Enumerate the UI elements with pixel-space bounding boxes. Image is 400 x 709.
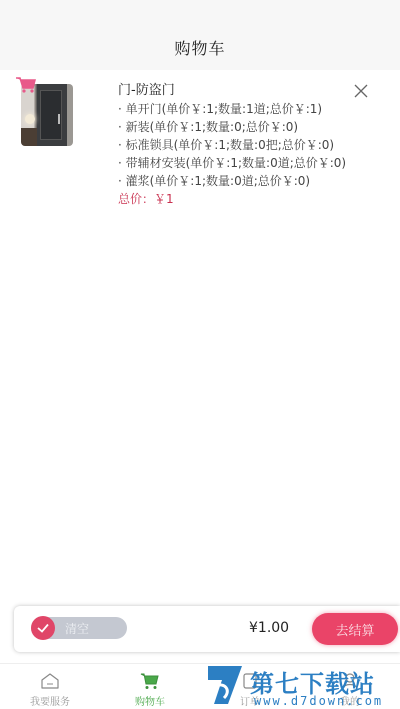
watermark: 第七下载站 www.d7down.com — [206, 664, 400, 709]
close-icon[interactable] — [352, 82, 370, 100]
check-icon — [36, 621, 50, 635]
item-option: · 单开门(单价￥:1;数量:1道;总价￥:1) — [118, 100, 348, 118]
table-decoration — [21, 128, 37, 146]
item-details: 门-防盗门 · 单开门(单价￥:1;数量:1道;总价￥:1) · 新装(单价￥:… — [118, 81, 348, 208]
tab-service[interactable]: 我要服务 — [0, 664, 100, 709]
cart-item: 门-防盗门 · 单开门(单价￥:1;数量:1道;总价￥:1) · 新装(单价￥:… — [0, 70, 400, 270]
watermark-logo-icon — [206, 664, 246, 706]
tab-label: 购物车 — [100, 693, 200, 708]
item-option: · 标准锁具(单价￥:1;数量:0把;总价￥:0) — [118, 136, 348, 154]
item-total: 总价：￥1 — [118, 190, 348, 208]
tab-cart[interactable]: 购物车 — [100, 664, 200, 709]
tab-label: 我要服务 — [0, 693, 100, 708]
clear-label: 清空 — [65, 620, 89, 637]
select-all-checkbox[interactable] — [31, 616, 55, 640]
cart-icon — [140, 672, 160, 690]
total-amount: ¥1.00 — [249, 620, 289, 636]
checkout-button[interactable]: 去结算 — [312, 613, 398, 645]
home-icon — [40, 672, 60, 690]
checkout-bar: 清空 ¥1.00 去结算 — [14, 606, 400, 652]
watermark-url: www.d7down.com — [254, 694, 383, 708]
door-handle — [58, 114, 60, 124]
item-option: · 带辅材安装(单价￥:1;数量:0道;总价￥:0) — [118, 154, 348, 172]
cart-badge-icon — [15, 76, 37, 94]
page-title: 购物车 — [174, 36, 225, 59]
cart-list: 门-防盗门 · 单开门(单价￥:1;数量:1道;总价￥:1) · 新装(单价￥:… — [0, 70, 400, 600]
lamp-decoration — [25, 114, 35, 124]
clear-button[interactable]: 清空 — [31, 617, 127, 639]
item-title: 门-防盗门 — [118, 81, 348, 100]
item-option: · 新装(单价￥:1;数量:0;总价￥:0) — [118, 118, 348, 136]
item-option: · 灌浆(单价￥:1;数量:0道;总价￥:0) — [118, 172, 348, 190]
header: 购物车 — [0, 0, 400, 70]
